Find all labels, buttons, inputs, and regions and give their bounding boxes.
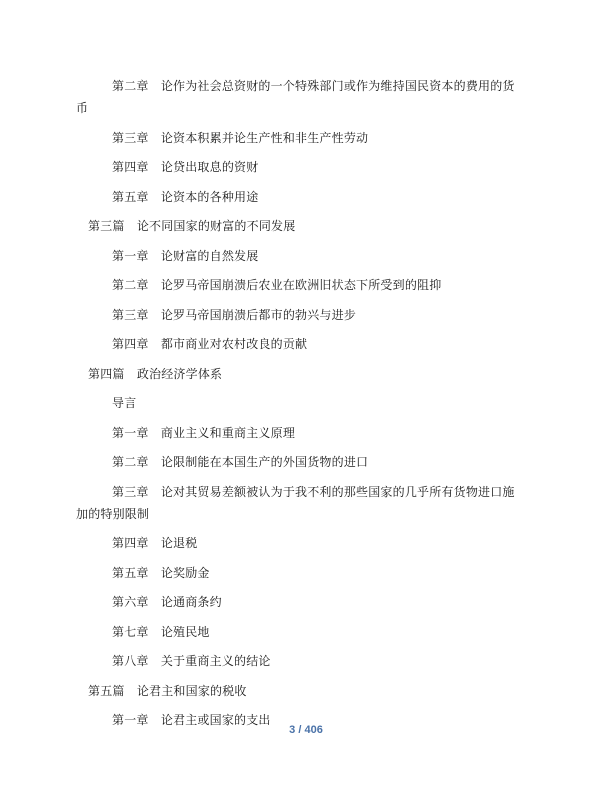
toc-entry-title: 关于重商主义的结论 (161, 654, 271, 668)
table-of-contents: 第二章 论作为社会总资财的一个特殊部门或作为维持国民资本的费用的货币第三章 论资… (76, 75, 526, 739)
toc-entry-title: 论资本的各种用途 (161, 190, 259, 204)
toc-entry-chapter: 第二章 论限制能在本国生产的外国货物的进口 (76, 451, 526, 473)
toc-entry-title: 论不同国家的财富的不同发展 (137, 219, 296, 233)
toc-entry-chapter: 第四章 论退税 (76, 532, 526, 554)
toc-entry-title: 论退税 (161, 536, 198, 550)
toc-entry-chapter: 第七章 论殖民地 (76, 621, 526, 643)
toc-entry-chapter: 导言 (76, 392, 526, 414)
toc-entry-title: 都市商业对农村改良的贡献 (161, 337, 307, 351)
document-page: 第二章 论作为社会总资财的一个特殊部门或作为维持国民资本的费用的货币第三章 论资… (0, 0, 612, 792)
toc-entry-chapter: 第四章 都市商业对农村改良的贡献 (76, 333, 526, 355)
toc-entry-chapter: 第五章 论奖励金 (76, 562, 526, 584)
toc-entry-label: 第四篇 (88, 367, 125, 381)
toc-entry-title: 导言 (112, 396, 136, 410)
toc-entry-label: 第五章 (112, 190, 149, 204)
toc-entry-chapter: 第二章 论罗马帝国崩溃后农业在欧洲旧状态下所受到的阻抑 (76, 274, 526, 296)
toc-entry-label: 第七章 (112, 625, 149, 639)
toc-entry-chapter: 第一章 商业主义和重商主义原理 (76, 422, 526, 444)
toc-entry-label: 第五章 (112, 566, 149, 580)
toc-entry-part: 第四篇 政治经济学体系 (76, 363, 526, 385)
toc-entry-title: 论贷出取息的资财 (161, 160, 259, 174)
toc-entry-label: 第一章 (112, 426, 149, 440)
toc-entry-title: 政治经济学体系 (137, 367, 222, 381)
toc-entry-label: 第三章 (112, 131, 149, 145)
toc-entry-title: 论限制能在本国生产的外国货物的进口 (161, 455, 368, 469)
toc-entry-label: 第二章 (112, 278, 149, 292)
toc-entry-title: 商业主义和重商主义原理 (161, 426, 295, 440)
toc-entry-title: 论财富的自然发展 (161, 249, 259, 263)
toc-entry-chapter: 第一章 论财富的自然发展 (76, 245, 526, 267)
toc-entry-part: 第五篇 论君主和国家的税收 (76, 680, 526, 702)
toc-entry-label: 第四章 (112, 536, 149, 550)
toc-entry-label: 第一章 (112, 249, 149, 263)
toc-entry-label: 第四章 (112, 160, 149, 174)
toc-entry-part: 第三篇 论不同国家的财富的不同发展 (76, 215, 526, 237)
toc-entry-label: 第三章 (112, 308, 149, 322)
toc-entry-label: 第三章 (112, 485, 149, 499)
toc-entry-chapter: 第三章 论罗马帝国崩溃后都市的勃兴与进步 (76, 304, 526, 326)
toc-entry-title: 论罗马帝国崩溃后都市的勃兴与进步 (161, 308, 356, 322)
toc-entry-title: 论罗马帝国崩溃后农业在欧洲旧状态下所受到的阻抑 (161, 278, 442, 292)
toc-entry-title: 论奖励金 (161, 566, 210, 580)
toc-entry-title: 论君主和国家的税收 (137, 684, 247, 698)
toc-entry-title: 论资本积累并论生产性和非生产性劳动 (161, 131, 368, 145)
toc-entry-chapter: 第五章 论资本的各种用途 (76, 186, 526, 208)
toc-entry-label: 第五篇 (88, 684, 125, 698)
toc-entry-label: 第六章 (112, 595, 149, 609)
toc-entry-chapter: 第四章 论贷出取息的资财 (76, 156, 526, 178)
toc-entry-label: 第二章 (112, 79, 149, 93)
toc-entry-label: 第三篇 (88, 219, 125, 233)
toc-entry-chapter: 第六章 论通商条约 (76, 591, 526, 613)
toc-entry-chapter: 第三章 论对其贸易差额被认为于我不利的那些国家的几乎所有货物进口施加的特别限制 (76, 481, 526, 525)
toc-entry-label: 第四章 (112, 337, 149, 351)
toc-entry-title: 论殖民地 (161, 625, 210, 639)
toc-entry-chapter: 第二章 论作为社会总资财的一个特殊部门或作为维持国民资本的费用的货币 (76, 75, 526, 119)
toc-entry-chapter: 第三章 论资本积累并论生产性和非生产性劳动 (76, 127, 526, 149)
toc-entry-label: 第八章 (112, 654, 149, 668)
page-number-indicator: 3 / 406 (0, 722, 612, 738)
toc-entry-label: 第二章 (112, 455, 149, 469)
toc-entry-chapter: 第八章 关于重商主义的结论 (76, 650, 526, 672)
toc-entry-title: 论通商条约 (161, 595, 222, 609)
